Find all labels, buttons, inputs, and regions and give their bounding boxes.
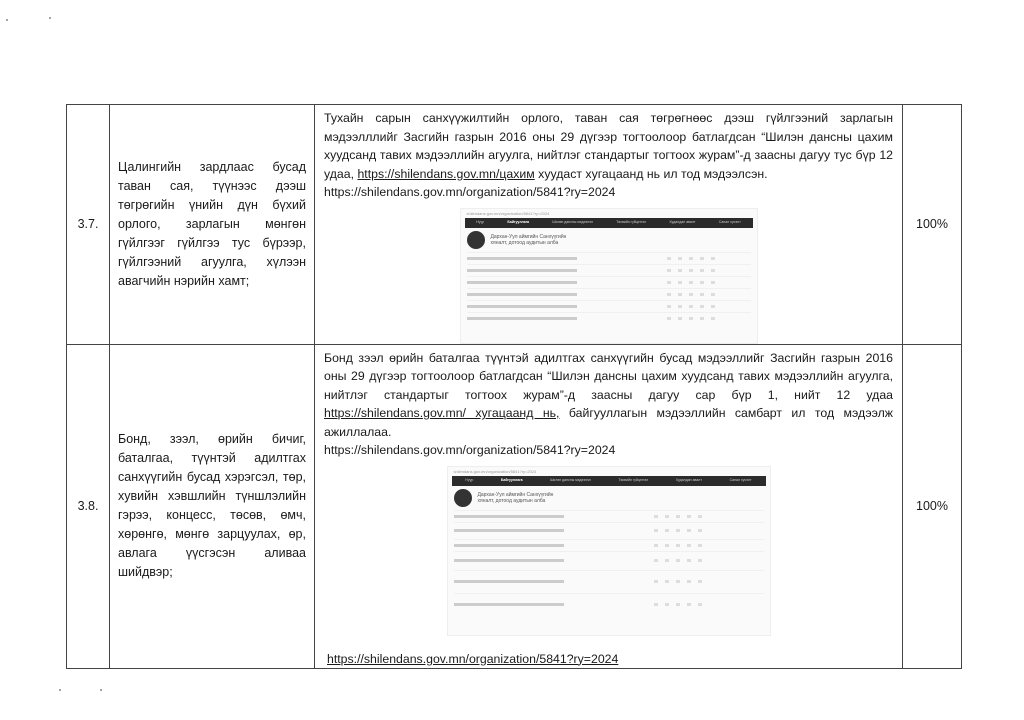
scan-speck [6,19,8,21]
report-table: 3.7. Цалингийн зардлаас бусад таван сая,… [66,104,962,669]
row-number: 3.8. [67,344,110,669]
description-cell: Тухайн сарын санхүүжилтийн орлого, таван… [315,105,903,345]
description-text: Тухайн сарын санхүүжилтийн орлого, таван… [315,105,902,202]
description-tail: хуудаст хугацаанд нь ил тод мэдээлсэн. [538,167,767,181]
requirement-cell: Цалингийн зардлаас бусад таван сая, түүн… [110,105,315,345]
org-logo-icon [454,489,472,507]
site-nav: Нүүр Байгууллага Шилэн дансны мэдээлэл Т… [465,218,753,228]
screenshot-row [454,510,764,522]
nav-item: Санал хүсэлт [730,471,752,490]
row-number: 3.7. [67,105,110,345]
nav-item: Нүүр [476,213,484,232]
screenshot-row [454,593,764,616]
nav-item: Төсвийн гүйцэтгэл [616,213,646,232]
org-name: Дархан-Уул аймгийн Санхүүгийн хяналт, до… [478,492,568,504]
table-row: 3.8. Бонд, зээл, өрийн бичиг, баталгаа, … [67,344,962,669]
requirement-text: Цалингийн зардлаас бусад таван сая, түүн… [110,158,314,291]
shilendans-link[interactable]: https://shilendans.gov.mn/цахим [357,167,534,181]
requirement-cell: Бонд, зээл, өрийн бичиг, баталгаа, түүнт… [110,344,315,669]
screenshot-row [454,551,764,570]
nav-item-active: Байгууллага [507,213,529,232]
nav-item: Санал хүсэлт [719,213,741,232]
nav-item: Шилэн дансны мэдээлэл [550,471,590,490]
completion-percent: 100% [903,344,962,669]
org-name: Дархан-Уул аймгийн Санхүүгийн хяналт, до… [491,234,581,246]
completion-percent: 100% [903,105,962,345]
nav-item: Төсвийн гүйцэтгэл [618,471,648,490]
table-row: 3.7. Цалингийн зардлаас бусад таван сая,… [67,105,962,345]
requirement-text: Бонд, зээл, өрийн бичиг, баталгаа, түүнт… [110,430,314,582]
screenshot-row [467,252,751,264]
shilendans-link[interactable]: https://shilendans.gov.mn/ хугацаанд нь, [324,406,559,420]
embedded-screenshot: shilendans.gov.mn/organization/5841?ry=2… [460,208,758,344]
screenshot-row [454,522,764,539]
screenshot-row [467,312,751,324]
nav-item: Худалдан авалт [676,471,702,490]
browser-url-bar: shilendans.gov.mn/organization/5841?ry=2… [461,209,757,218]
nav-item: Худалдан авалт [669,213,695,232]
footer-organization-link[interactable]: https://shilendans.gov.mn/organization/5… [327,652,618,666]
screenshot-row [467,288,751,300]
screenshot-row [454,539,764,551]
org-logo-icon [467,231,485,249]
scan-speck [100,689,102,691]
screenshot-row [454,570,764,593]
description-cell: Бонд зээл өрийн баталгаа түүнтэй адилтга… [315,344,903,669]
nav-item: Нүүр [465,471,473,490]
org-header: Дархан-Уул аймгийн Санхүүгийн хяналт, до… [461,228,757,252]
org-header: Дархан-Уул аймгийн Санхүүгийн хяналт, до… [448,486,770,510]
embedded-screenshot: shilendans.gov.mn/organization/5841?ry=2… [447,466,771,636]
screenshot-row [467,300,751,312]
description-body: Бонд зээл өрийн баталгаа түүнтэй адилтга… [324,351,893,402]
nav-item-active: Байгууллага [501,471,523,490]
organization-url: https://shilendans.gov.mn/organization/5… [324,443,615,457]
scan-speck [59,689,61,691]
description-text: Бонд зээл өрийн баталгаа түүнтэй адилтга… [315,345,902,460]
site-nav: Нүүр Байгууллага Шилэн дансны мэдээлэл Т… [452,476,766,486]
screenshot-row [467,276,751,288]
screenshot-row [467,264,751,276]
nav-item: Шилэн дансны мэдээлэл [552,213,592,232]
organization-url: https://shilendans.gov.mn/organization/5… [324,185,615,199]
scan-speck [49,17,51,19]
browser-url-bar: shilendans.gov.mn/organization/5841?ry=2… [448,467,770,476]
